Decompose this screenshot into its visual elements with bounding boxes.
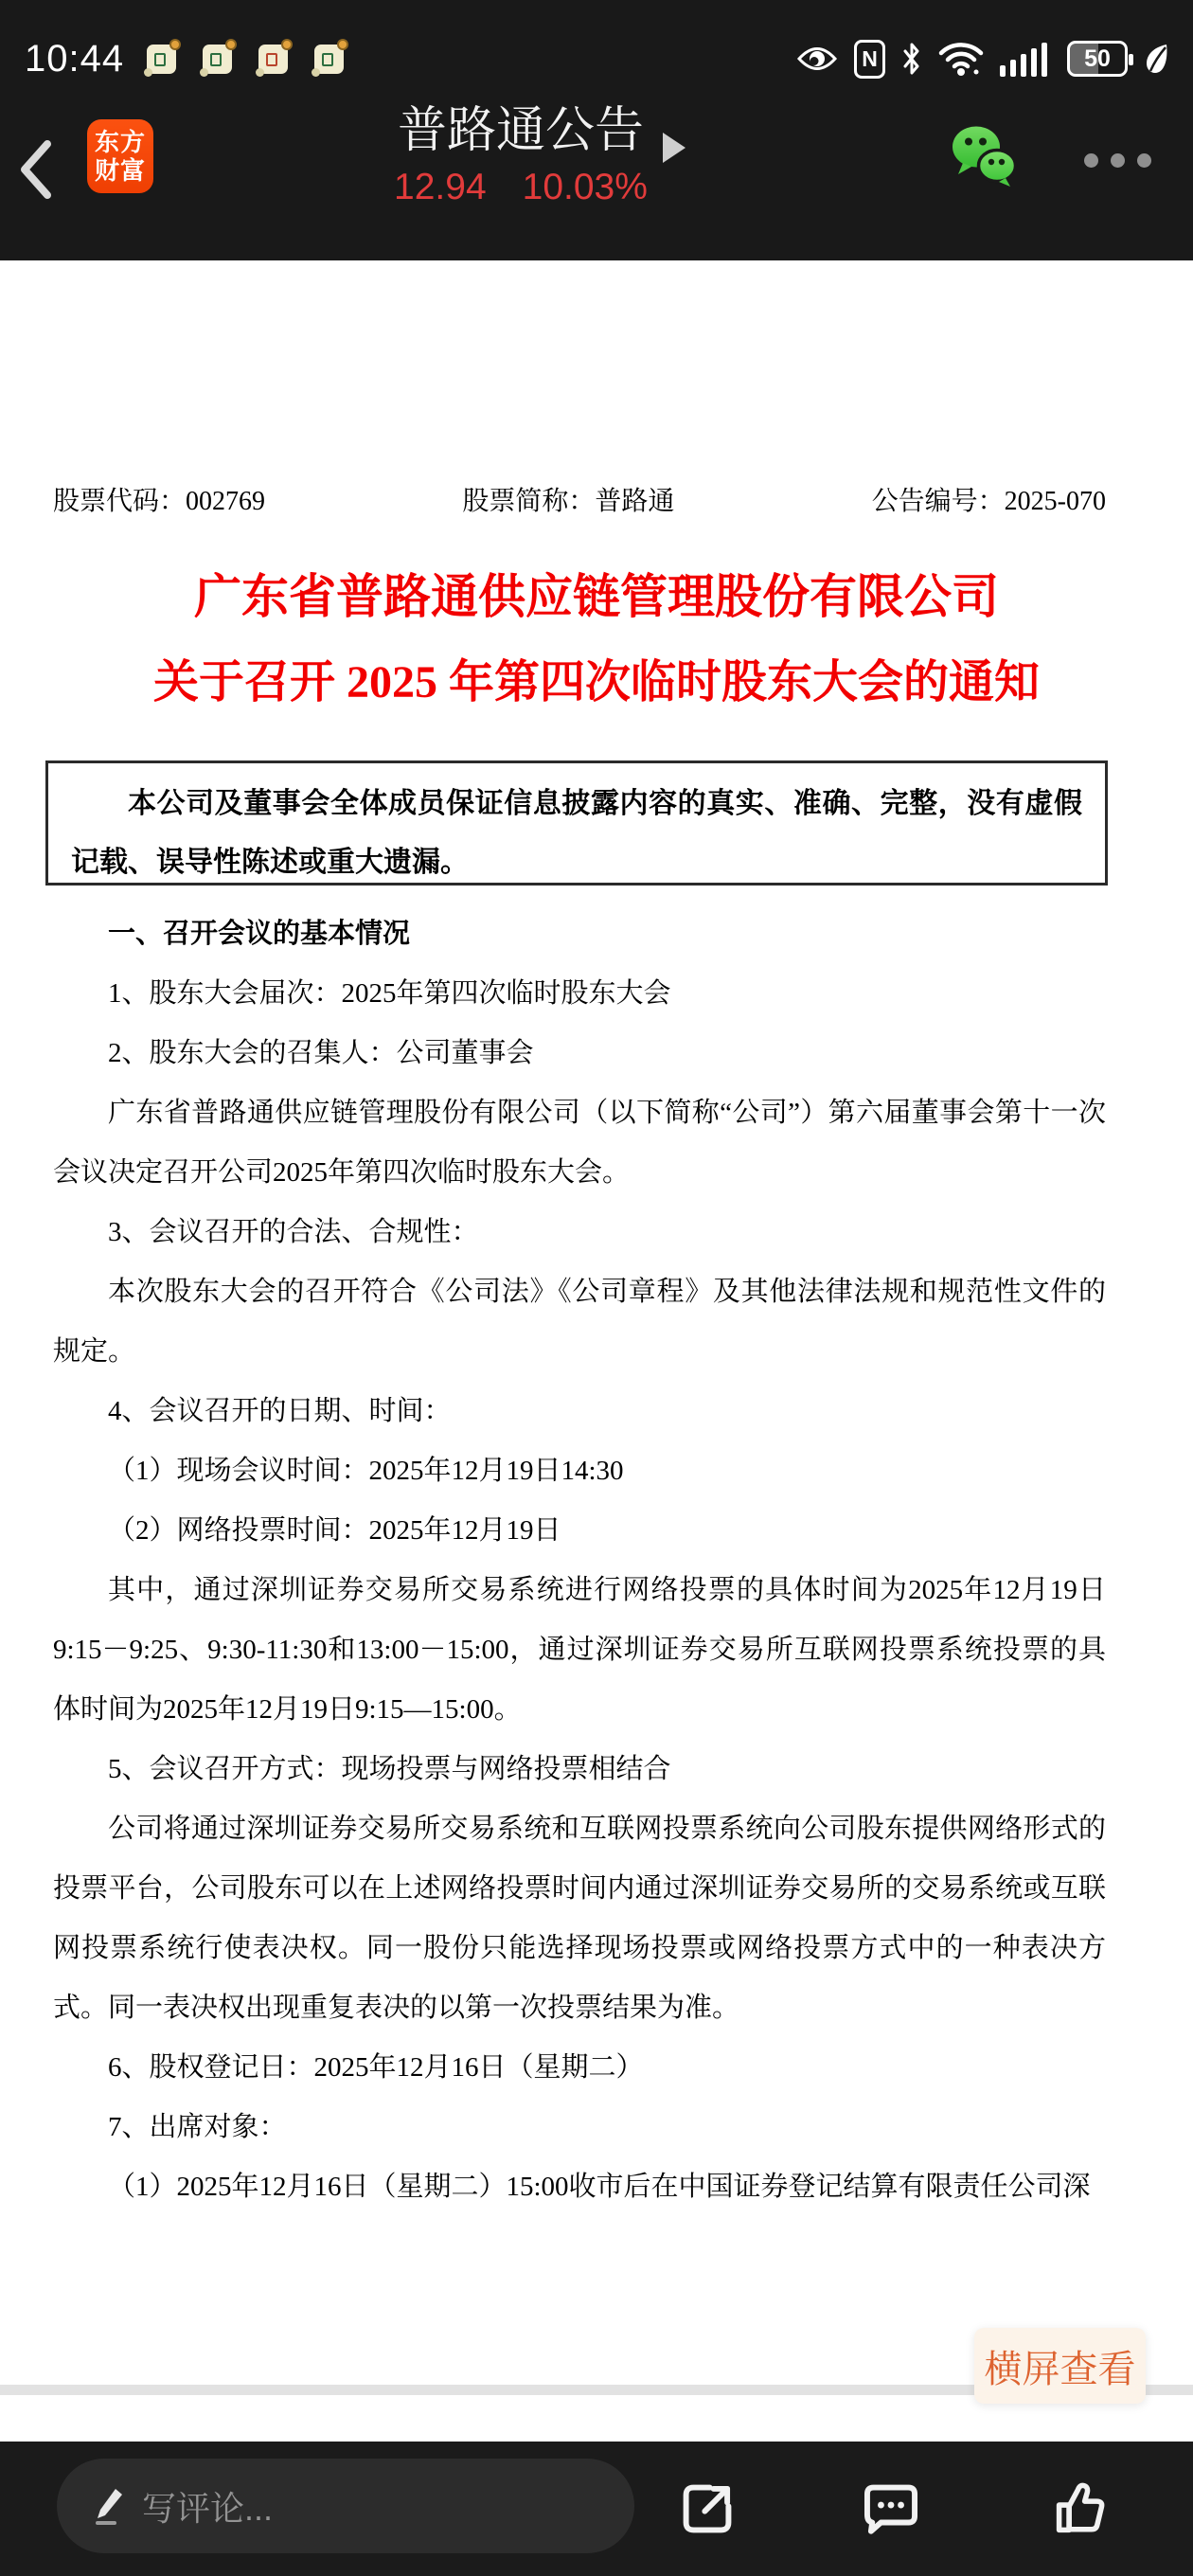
disclaimer-text: 本公司及董事会全体成员保证信息披露内容的真实、准确、完整，没有虚假记载、误导性陈… [48, 763, 1105, 885]
battery-icon: 50 [1067, 41, 1128, 77]
doc-title-line2: 关于召开 2025 年第四次临时股东大会的通知 [0, 654, 1193, 711]
nav-bar: 东方 财富 普路通公告 12.9410.03% [0, 95, 1193, 260]
doc-paragraph: 7、出席对象： [53, 2098, 1106, 2157]
doc-paragraph: 广东省普路通供应链管理股份有限公司（以下简称“公司”）第六届董事会第十一次会议决… [53, 1083, 1106, 1203]
doc-body: 一、召开会议的基本情况 1、股东大会届次：2025年第四次临时股东大会 2、股东… [53, 904, 1106, 2217]
stock-short-name: 股票简称：普路通 [462, 480, 674, 518]
doc-paragraph: （1）现场会议时间：2025年12月19日14:30 [53, 1441, 1106, 1501]
notification-app-icon [258, 45, 288, 74]
section-heading: 一、召开会议的基本情况 [53, 904, 1106, 964]
doc-paragraph: 1、股东大会届次：2025年第四次临时股东大会 [53, 964, 1106, 1024]
doc-paragraph: 本次股东大会的召开符合《公司法》《公司章程》及其他法律法规和规范性文件的规定。 [53, 1262, 1106, 1382]
nfc-icon: N [854, 40, 885, 79]
comment-input[interactable]: 写评论... [57, 2459, 634, 2553]
note-glyph-icon [210, 53, 222, 66]
status-right-icons: N [796, 40, 1168, 79]
eye-icon [796, 45, 838, 72]
doc-paragraph: （1）2025年12月16日（星期二）15:00收市后在中国证券登记结算有限责任… [53, 2157, 1106, 2217]
doc-paragraph: 其中，通过深圳证券交易所交易系统进行网络投票的具体时间为2025年12月19日9… [53, 1561, 1106, 1740]
signal-icon [1000, 41, 1051, 77]
nfc-letter: N [862, 46, 878, 72]
logo-text-bottom: 财富 [95, 156, 146, 185]
doc-paragraph: 3、会议召开的合法、合规性： [53, 1203, 1106, 1262]
more-menu-icon[interactable] [1084, 153, 1151, 168]
status-bar: 10:44 N [0, 34, 1193, 83]
stock-code: 股票代码：002769 [53, 480, 265, 518]
notification-app-icon [314, 45, 344, 74]
wechat-share-icon[interactable] [951, 125, 1021, 188]
bluetooth-icon [901, 43, 922, 75]
doc-paragraph: 公司将通过深圳证券交易所交易系统和互联网投票系统向公司股东提供网络形式的投票平台… [53, 1799, 1106, 2038]
wifi-icon [938, 41, 984, 77]
announcement-document: 股票代码：002769 股票简称：普路通 公告编号：2025-070 广东省普路… [0, 260, 1193, 2442]
eastmoney-logo[interactable]: 东方 财富 [87, 119, 153, 193]
disclaimer-box: 本公司及董事会全体成员保证信息披露内容的真实、准确、完整，没有虚假记载、误导性陈… [45, 760, 1108, 885]
app-header: 10:44 N [0, 0, 1193, 260]
comments-icon[interactable] [864, 2481, 918, 2536]
bottom-toolbar: 写评论... [0, 2442, 1193, 2576]
doc-paragraph: （2）网络投票时间：2025年12月19日 [53, 1501, 1106, 1561]
clock: 10:44 [25, 38, 124, 80]
notification-app-icon [147, 45, 176, 74]
doc-paragraph: 6、股权登记日：2025年12月16日（星期二） [53, 2038, 1106, 2098]
note-glyph-icon [322, 53, 333, 66]
doc-paragraph: 4、会议召开的日期、时间： [53, 1382, 1106, 1441]
announcement-number: 公告编号：2025-070 [872, 480, 1106, 518]
share-icon[interactable] [680, 2481, 735, 2536]
comment-placeholder: 写评论... [142, 2482, 273, 2531]
notification-app-icon [203, 45, 232, 74]
logo-text-top: 东方 [95, 128, 146, 156]
back-icon[interactable] [19, 140, 51, 199]
doc-meta-row: 股票代码：002769 股票简称：普路通 公告编号：2025-070 [53, 480, 1106, 518]
pencil-icon [93, 2487, 125, 2525]
doc-paragraph: 2、股东大会的召集人：公司董事会 [53, 1024, 1106, 1083]
battery-percent: 50 [1084, 45, 1111, 73]
doc-title-line1: 广东省普路通供应链管理股份有限公司 [0, 568, 1193, 625]
like-icon[interactable] [1053, 2481, 1108, 2536]
stock-change: 10.03% [523, 167, 648, 207]
landscape-view-button[interactable]: 横屏查看 [974, 2328, 1146, 2404]
next-arrow-icon[interactable] [663, 133, 686, 163]
notification-icons [147, 45, 344, 74]
note-glyph-icon [266, 53, 277, 66]
note-glyph-icon [154, 53, 166, 66]
stock-price: 12.94 [394, 167, 487, 207]
app-screen: 10:44 N [0, 0, 1193, 2576]
stock-quote: 12.9410.03% [312, 167, 729, 208]
leaf-icon [1146, 44, 1168, 74]
doc-paragraph: 5、会议召开方式：现场投票与网络投票相结合 [53, 1740, 1106, 1799]
